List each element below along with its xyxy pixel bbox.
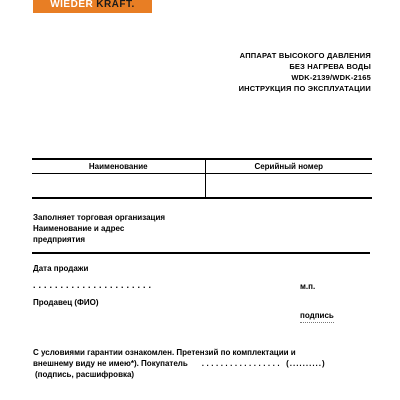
document-title-block: АППАРАТ ВЫСОКОГО ДАВЛЕНИЯ БЕЗ НАГРЕВА ВО… [239, 50, 371, 94]
table-header-serial: Серийный номер [205, 159, 372, 173]
title-line-device: АППАРАТ ВЫСОКОГО ДАВЛЕНИЯ [239, 50, 371, 61]
document-page: WIEDER KRAFT. АППАРАТ ВЫСОКОГО ДАВЛЕНИЯ … [0, 0, 400, 400]
title-line-manual: ИНСТРУКЦИЯ ПО ЭКСПЛУАТАЦИИ [239, 83, 371, 94]
warranty-line1: С условиями гарантии ознакомлен. Претенз… [33, 347, 378, 358]
sale-date-label: Дата продажи [33, 264, 88, 273]
stamp-place-label: м.п. [300, 282, 315, 291]
buyer-signature-dotted-line: ................. [202, 359, 282, 368]
logo-text-wieder: WIEDER [50, 0, 93, 10]
table-row [32, 173, 372, 198]
sale-date-dotted-line: ...................... [33, 280, 154, 290]
table-header-row: Наименование Серийный номер [32, 159, 372, 173]
seller-fill-line2: Наименование и адрес [33, 223, 165, 234]
seller-fill-line3: предприятия [33, 234, 165, 245]
warranty-acknowledgement-block: С условиями гарантии ознакомлен. Претенз… [33, 347, 378, 380]
logo-text-kraft: KRAFT. [96, 0, 135, 10]
horizontal-divider [32, 252, 370, 254]
warranty-line2: внешнему виду не имею*). Покупатель.....… [33, 358, 378, 369]
seller-fill-line1: Заполняет торговая организация [33, 212, 165, 223]
table-header-name: Наименование [32, 159, 205, 173]
signature-label: подпись [300, 311, 334, 323]
buyer-name-dotted-parens: (..........) [286, 359, 326, 368]
title-line-subtype: БЕЗ НАГРЕВА ВОДЫ [239, 61, 371, 72]
seller-fill-block: Заполняет торговая организация Наименова… [33, 212, 165, 245]
serial-number-table: Наименование Серийный номер [32, 158, 372, 199]
signature-transcript-label: (подпись, расшифровка) [33, 369, 378, 380]
title-line-models: WDK-2139/WDK-2165 [239, 72, 371, 83]
table-cell-name [32, 173, 205, 198]
seller-name-label: Продавец (ФИО) [33, 298, 98, 307]
table-cell-serial [205, 173, 372, 198]
wiederkraft-logo: WIEDER KRAFT. [33, 0, 152, 13]
buyer-label: внешнему виду не имею*). Покупатель [33, 359, 188, 368]
